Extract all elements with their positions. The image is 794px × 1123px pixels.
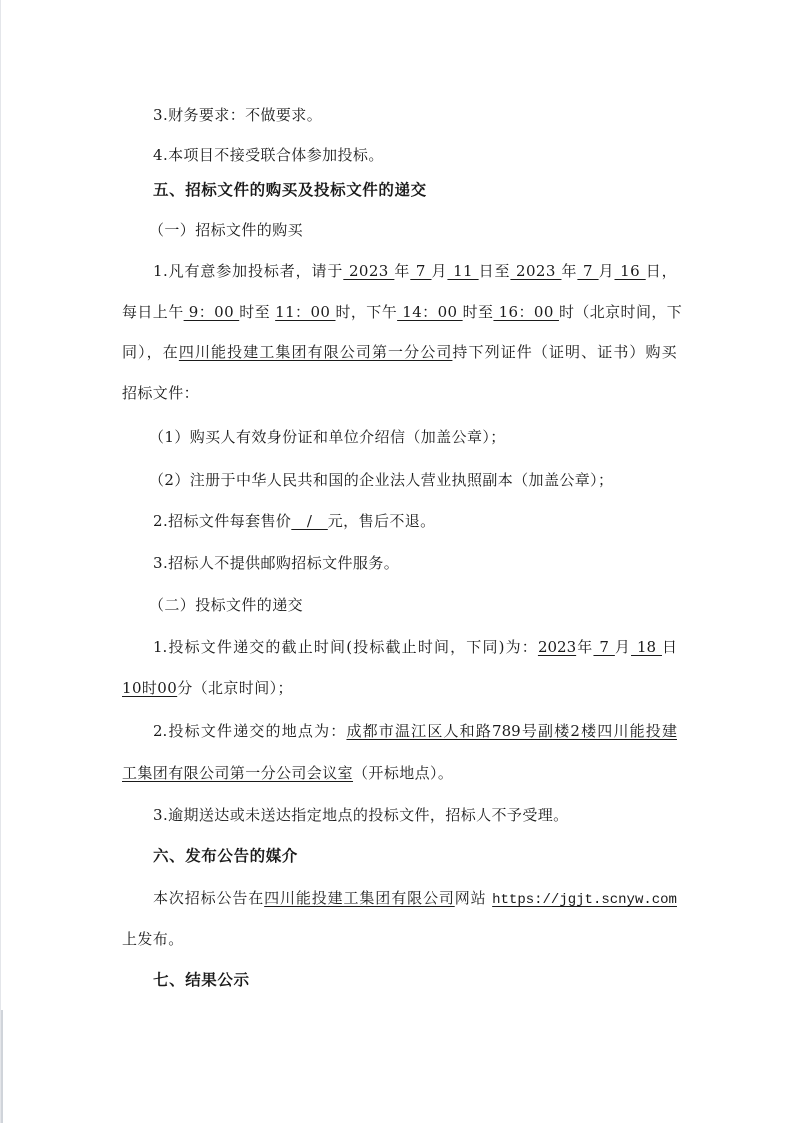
- purchase-period-line: 1.凡有意参加投标者，请于 2023 年 7 月 11 日至 2023 年 7 …: [153, 260, 677, 282]
- pm-end-time: 16：00: [493, 303, 559, 321]
- text: 日至: [479, 262, 511, 280]
- submission-address: 成都市温江区人和路789号副楼2楼四川能投建: [346, 722, 677, 740]
- text: 1.投标文件递交的截止时间(投标截止时间，下同)为：: [153, 638, 538, 656]
- section-5-heading: 五、招标文件的购买及投标文件的递交: [153, 179, 677, 201]
- text: 时至: [463, 303, 494, 321]
- text: 上发布。: [122, 930, 184, 948]
- scan-edge-shadow: [1, 1010, 3, 1123]
- text: 月: [432, 262, 448, 280]
- deadline-year: 2023: [538, 638, 576, 656]
- text: 本次招标公告在: [153, 889, 264, 907]
- section-6-heading: 六、发布公告的媒介: [153, 845, 677, 867]
- text: （2）注册于中华人民共和国的企业法人营业执照副本（加盖公章）；: [149, 471, 613, 489]
- text: 时（北京时间，下: [559, 303, 682, 321]
- price-value: /: [291, 512, 327, 530]
- text: 同），在: [122, 343, 179, 361]
- deadline-month: 7: [593, 638, 614, 656]
- am-end-time: 11：00: [275, 303, 335, 321]
- submission-location-line-2: 工集团有限公司第一分公司会议室（开标地点）。: [122, 762, 677, 784]
- subheading-text: （一）招标文件的购买: [149, 221, 303, 239]
- heading-text: 六、发布公告的媒介: [153, 847, 298, 865]
- submission-deadline-line: 1.投标文件递交的截止时间(投标截止时间，下同)为：2023年 7 月 18 日: [153, 636, 677, 658]
- section-5-1-heading: （一）招标文件的购买: [149, 219, 704, 241]
- start-year: 2023: [343, 262, 394, 280]
- text: 年: [394, 262, 410, 280]
- text: 每日上午: [122, 303, 184, 321]
- text: （开标地点）。: [353, 764, 453, 782]
- late-submission-line: 3.逾期送达或未送达指定地点的投标文件，招标人不予受理。: [153, 804, 677, 826]
- publisher-company: 四川能投建工集团有限公司: [264, 889, 455, 907]
- text: 3.招标人不提供邮购招标文件服务。: [153, 554, 399, 572]
- purchase-hours-line: 每日上午 9：00 时至 11：00 时，下午 14：00 时至 16：00 时…: [122, 301, 677, 323]
- am-start-time: 9：00: [184, 303, 240, 321]
- document-price-line: 2.招标文件每套售价 / 元，售后不退。: [153, 510, 677, 532]
- purchase-location-line: 同），在四川能投建工集团有限公司第一分公司持下列证件（证明、证书）购买: [122, 341, 677, 363]
- text: 网站: [455, 889, 492, 907]
- pm-start-time: 14：00: [397, 303, 463, 321]
- requirement-item-2: （2）注册于中华人民共和国的企业法人营业执照副本（加盖公章）；: [149, 469, 704, 491]
- text: 时，下午: [336, 303, 398, 321]
- text: 年: [561, 262, 577, 280]
- text: 持下列证件（证明、证书）购买: [452, 343, 677, 361]
- heading-text: 五、招标文件的购买及投标文件的递交: [153, 181, 427, 199]
- purchase-company: 四川能投建工集团有限公司第一分公司: [179, 343, 453, 361]
- text: 2.招标文件每套售价: [153, 512, 291, 530]
- text: 月: [599, 262, 615, 280]
- text: 招标文件：: [122, 384, 199, 402]
- heading-text: 七、结果公示: [153, 971, 250, 989]
- purchase-docs-label: 招标文件：: [122, 382, 677, 404]
- start-month: 7: [410, 262, 431, 280]
- deadline-day: 18: [631, 638, 662, 656]
- subheading-text: （二）投标文件的递交: [149, 596, 303, 614]
- text: 2.投标文件递交的地点为：: [153, 722, 346, 740]
- text: 分（北京时间）；: [177, 679, 293, 697]
- text: 3.财务要求：不做要求。: [153, 106, 322, 124]
- text: 月: [615, 638, 631, 656]
- text: 元，售后不退。: [328, 512, 436, 530]
- end-day: 16: [615, 262, 646, 280]
- submission-deadline-time-line: 10时00分（北京时间）；: [122, 677, 677, 699]
- text: 日: [662, 638, 677, 656]
- text: 日，: [646, 262, 677, 280]
- publication-media-line: 本次招标公告在四川能投建工集团有限公司网站 https://jgjt.scnyw…: [153, 887, 677, 909]
- publication-media-line-2: 上发布。: [122, 928, 677, 950]
- section-7-heading: 七、结果公示: [153, 969, 677, 991]
- text: 4.本项目不接受联合体参加投标。: [153, 146, 384, 164]
- submission-location-line: 2.投标文件递交的地点为：成都市温江区人和路789号副楼2楼四川能投建: [153, 720, 677, 742]
- submission-address-cont: 工集团有限公司第一分公司会议室: [122, 764, 353, 782]
- requirement-item-1: （1）购买人有效身份证和单位介绍信（加盖公章）；: [149, 426, 704, 448]
- financial-requirement: 3.财务要求：不做要求。: [153, 104, 677, 126]
- text: 年: [576, 638, 593, 656]
- document-page: 3.财务要求：不做要求。 4.本项目不接受联合体参加投标。 五、招标文件的购买及…: [0, 0, 794, 1123]
- no-mail-order-line: 3.招标人不提供邮购招标文件服务。: [153, 552, 677, 574]
- start-day: 11: [447, 262, 478, 280]
- website-url[interactable]: https://jgjt.scnyw.com: [492, 892, 677, 908]
- text: 1.凡有意参加投标者，请于: [153, 262, 343, 280]
- end-year: 2023: [510, 262, 561, 280]
- text: （1）购买人有效身份证和单位介绍信（加盖公章）；: [149, 428, 506, 446]
- text: 3.逾期送达或未送达指定地点的投标文件，招标人不予受理。: [153, 806, 569, 824]
- end-month: 7: [577, 262, 598, 280]
- text: 时至: [239, 303, 275, 321]
- section-5-2-heading: （二）投标文件的递交: [149, 594, 704, 616]
- no-consortium-clause: 4.本项目不接受联合体参加投标。: [153, 144, 677, 166]
- deadline-time: 10时00: [122, 679, 177, 697]
